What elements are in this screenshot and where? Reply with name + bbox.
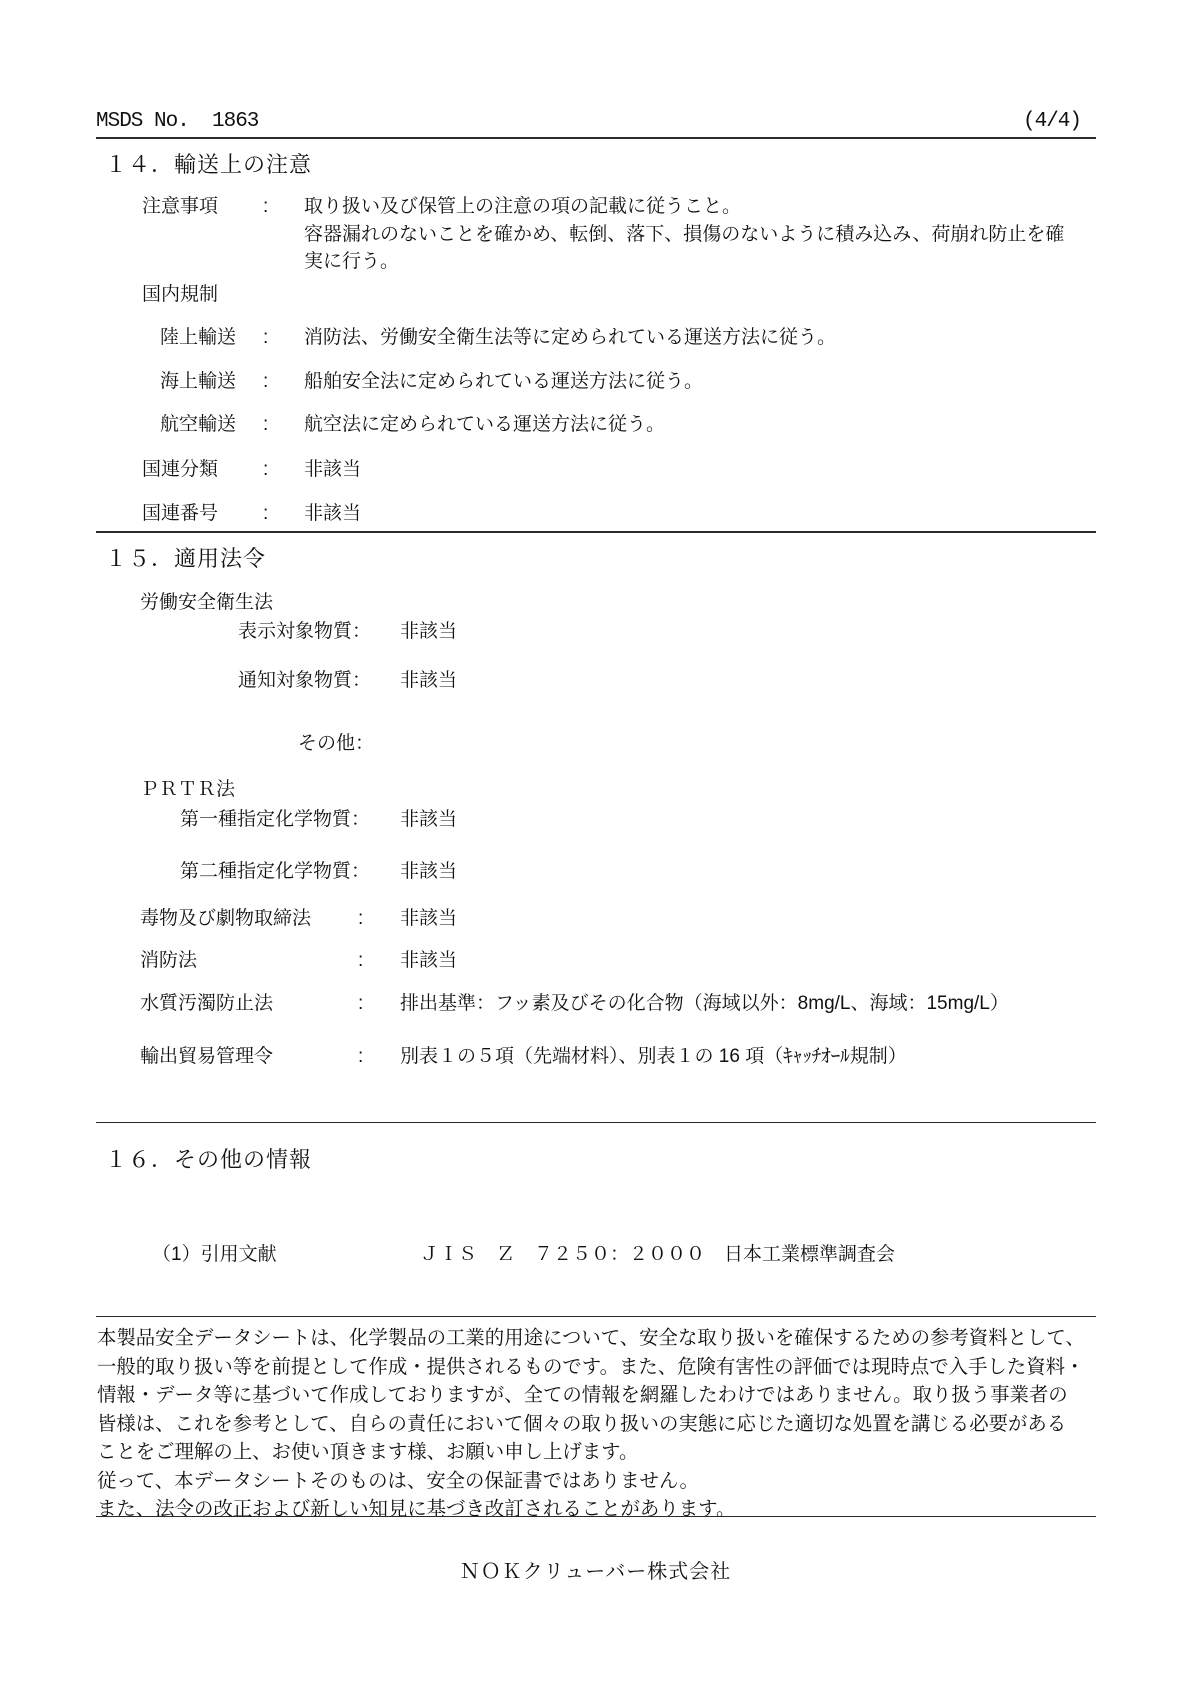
section15-divider <box>96 531 1096 533</box>
poison-law-colon: : <box>358 907 363 930</box>
sea-transport-label: 海上輸送 <box>160 370 236 393</box>
disclaimer-line: 従って、本データシートそのものは、安全の保証書ではありません。 <box>97 1467 1102 1496</box>
notification-substance-value: 非該当 <box>400 669 457 692</box>
export-trade-order-colon: : <box>358 1045 363 1068</box>
notification-substance-label: 通知対象物質： <box>238 669 371 692</box>
un-number-label: 国連番号 <box>142 502 218 525</box>
air-transport-colon: : <box>263 413 268 436</box>
section16-divider <box>96 1122 1096 1123</box>
fire-law-value: 非該当 <box>400 949 457 972</box>
poison-law-value: 非該当 <box>400 907 457 930</box>
footer: ＮＯＫクリューバー株式会社 <box>0 1555 1191 1584</box>
sea-transport-value: 船舶安全法に定められている運送方法に従う。 <box>304 370 703 393</box>
class1-substance-label: 第一種指定化学物質： <box>180 808 370 831</box>
header-divider <box>96 137 1096 139</box>
isha-law-label: 労働安全衛生法 <box>140 591 273 614</box>
disclaimer-line: 一般的取り扱い等を前提として作成・提供されるものです。また、危険有害性の評価では… <box>97 1353 1102 1382</box>
caution-value-line1: 取り扱い及び保管上の注意の項の記載に従うこと。 <box>304 195 741 218</box>
reference-value: ＪＩＳ Ｚ ７２５０：２０００ 日本工業標準調査会 <box>420 1243 895 1266</box>
domestic-regulation-label: 国内規制 <box>142 283 218 306</box>
disclaimer-line: また、法令の改正および新しい知見に基づき改訂されることがあります。 <box>97 1495 1102 1524</box>
disclaimer-line: ことをご理解の上、お使い頂きます様、お願い申し上げます。 <box>97 1438 1102 1467</box>
company-name: ＮＯＫクリューバー株式会社 <box>460 1561 731 1583</box>
export-trade-order-value: 別表１の５項（先端材料）、別表１の 16 項（ｷｬｯﾁｵｰﾙ規制） <box>400 1045 907 1068</box>
fire-law-label: 消防法 <box>140 949 197 972</box>
water-pollution-law-label: 水質汚濁防止法 <box>140 992 273 1015</box>
caution-colon: : <box>263 195 268 218</box>
labeling-substance-label: 表示対象物質： <box>238 620 371 643</box>
labeling-substance-value: 非該当 <box>400 620 457 643</box>
sea-transport-colon: : <box>263 370 268 393</box>
land-transport-value: 消防法、労働安全衛生法等に定められている運送方法に従う。 <box>304 326 836 349</box>
caution-value-line3: 実に行う。 <box>304 250 399 273</box>
land-transport-label: 陸上輸送 <box>160 326 236 349</box>
caution-value-line2: 容器漏れのないことを確かめ、転倒、落下、損傷のないように積み込み、荷崩れ防止を確 <box>304 223 1064 246</box>
un-class-value: 非該当 <box>304 458 361 481</box>
water-pollution-law-value: 排出基準：フッ素及びその化合物（海域以外：8mg/L、海域：15mg/L） <box>400 992 1009 1015</box>
reference-label: （1）引用文献 <box>152 1243 277 1266</box>
un-class-colon: : <box>263 458 268 481</box>
un-number-colon: : <box>263 502 268 525</box>
section14-title: １４．輸送上の注意 <box>105 153 312 176</box>
disclaimer-top-divider <box>96 1316 1096 1317</box>
section15-title: １５．適用法令 <box>105 547 266 570</box>
poison-law-label: 毒物及び劇物取締法 <box>140 907 311 930</box>
fire-law-colon: : <box>358 949 363 972</box>
class1-substance-value: 非該当 <box>400 808 457 831</box>
air-transport-label: 航空輸送 <box>160 413 236 436</box>
other-label: その他： <box>298 732 374 755</box>
msds-no-label: MSDS No. <box>96 110 189 133</box>
caution-label: 注意事項 <box>142 195 218 218</box>
prtr-law-label: ＰＲＴＲ法 <box>140 778 235 801</box>
water-pollution-law-colon: : <box>358 992 363 1015</box>
land-transport-colon: : <box>263 326 268 349</box>
air-transport-value: 航空法に定められている運送方法に従う。 <box>304 413 665 436</box>
class2-substance-label: 第二種指定化学物質： <box>180 860 370 883</box>
disclaimer-line: 本製品安全データシートは、化学製品の工業的用途について、安全な取り扱いを確保する… <box>97 1324 1102 1353</box>
msds-no-value: 1863 <box>212 110 258 133</box>
disclaimer-line: 情報・データ等に基づいて作成しておりますが、全ての情報を網羅したわけではありませ… <box>97 1381 1102 1410</box>
page-indicator: (4/4) <box>1023 110 1081 133</box>
disclaimer-bottom-divider <box>96 1516 1096 1517</box>
export-trade-order-label: 輸出貿易管理令 <box>140 1045 273 1068</box>
section16-title: １６．その他の情報 <box>105 1148 312 1171</box>
class2-substance-value: 非該当 <box>400 860 457 883</box>
un-number-value: 非該当 <box>304 502 361 525</box>
msds-page: MSDS No. 1863 (4/4) １４．輸送上の注意 注意事項 : 取り扱… <box>0 0 1191 1684</box>
disclaimer-line: 皆様は、これを参考として、自らの責任において個々の取り扱いの実態に応じた適切な処… <box>97 1410 1102 1439</box>
disclaimer-text: 本製品安全データシートは、化学製品の工業的用途について、安全な取り扱いを確保する… <box>97 1324 1102 1524</box>
un-class-label: 国連分類 <box>142 458 218 481</box>
